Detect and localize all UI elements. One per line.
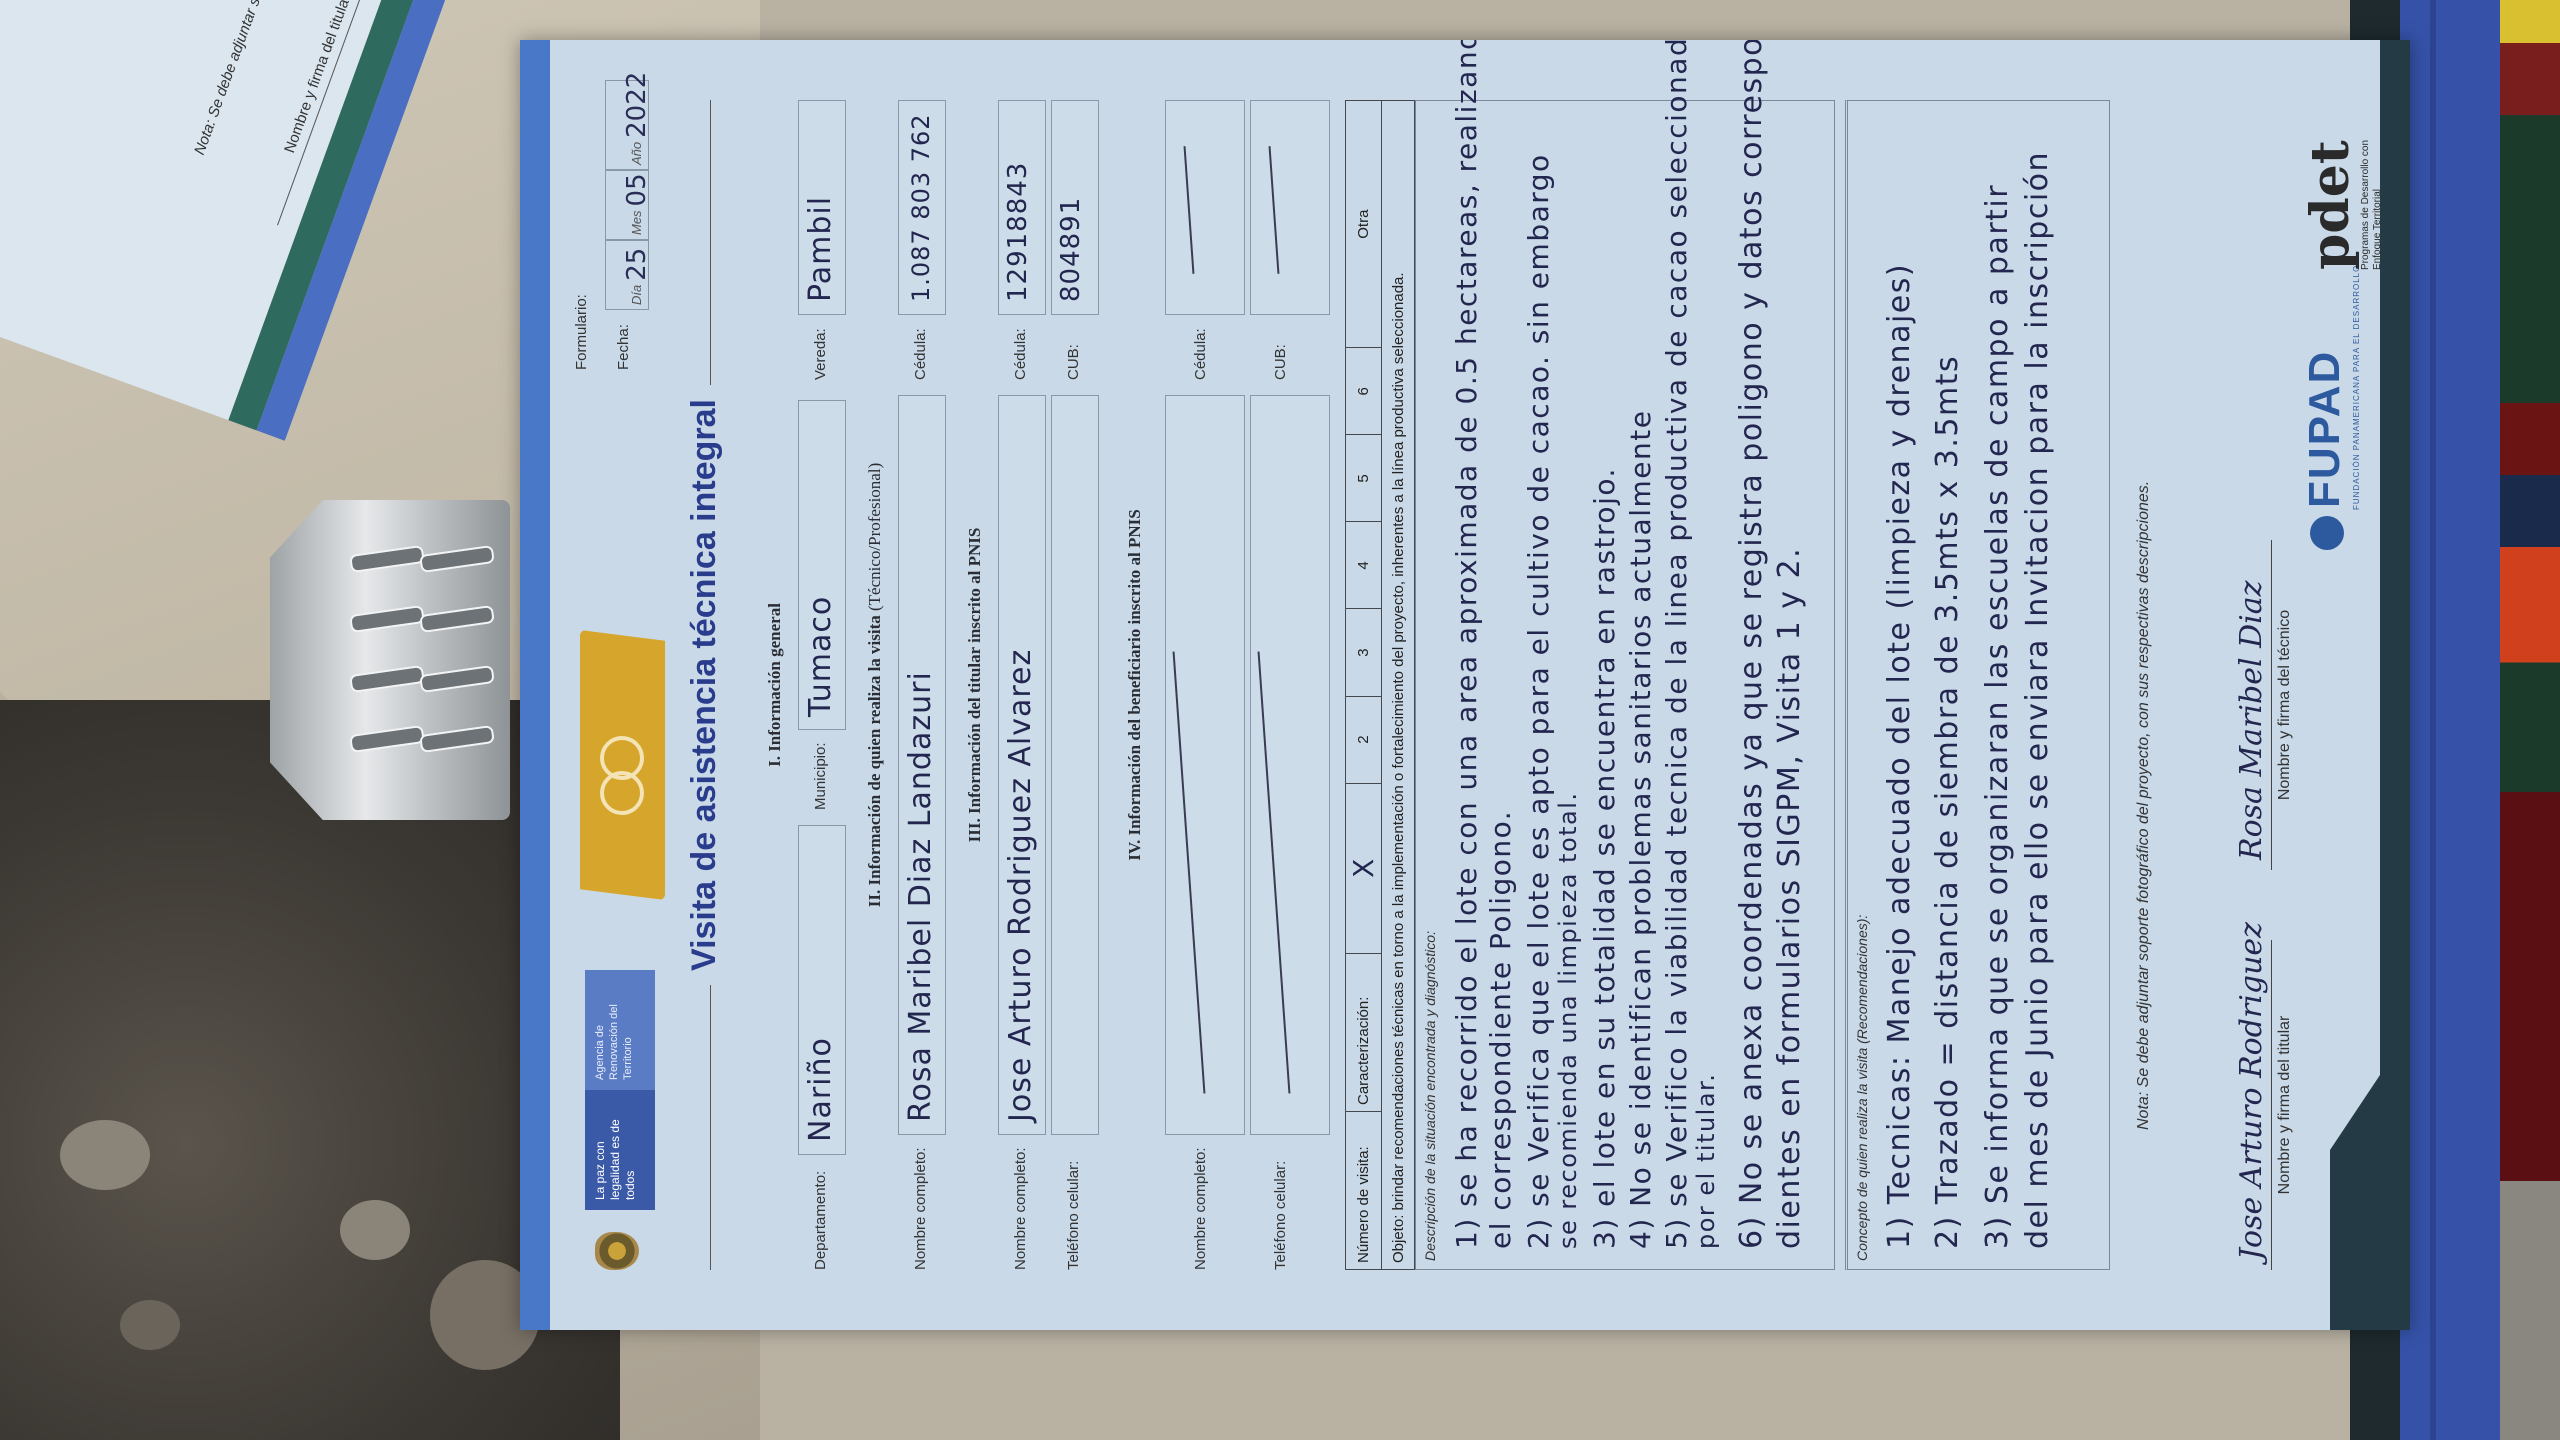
rock bbox=[60, 1120, 150, 1190]
beneficiario-cedula-field[interactable] bbox=[1165, 100, 1245, 315]
section-4-heading: IV. Información del beneficiario inscrit… bbox=[1125, 40, 1145, 1330]
titular-cedula-field[interactable]: 12918843 bbox=[998, 100, 1046, 315]
section-1-heading: I. Información general bbox=[765, 40, 785, 1330]
anio-value: 2022 bbox=[622, 72, 652, 138]
paz-legalidad-logo: La paz con legalidad es de todos bbox=[585, 1090, 655, 1210]
titular-signature: Jose Arturo Rodriguez bbox=[2234, 922, 2269, 1260]
descripcion-panel[interactable]: Descripción de la situación encontrada y… bbox=[1415, 100, 1835, 1270]
mes-value: 05 bbox=[622, 173, 652, 206]
tecnico-cedula-value: 1.087 803 762 bbox=[907, 113, 935, 302]
beneficiario-cub-field[interactable] bbox=[1250, 100, 1330, 315]
pdet-logo: pdet bbox=[2300, 140, 2361, 270]
titular-nombre-value: Jose Arturo Rodriguez Alvarez bbox=[1003, 649, 1038, 1122]
caracterizacion-label: Caracterización: bbox=[1346, 954, 1382, 1112]
pdet-subtitle: Programas de Desarrollo con Enfoque Terr… bbox=[2360, 120, 2384, 270]
beneficiario-telefono-label: Teléfono celular: bbox=[1272, 1161, 1289, 1270]
nota-text: Nota: Se debe adjuntar soporte fotográfi… bbox=[2135, 481, 2153, 1130]
objeto-text: Objeto: brindar recomendaciones técnicas… bbox=[1382, 101, 1415, 1270]
descripcion-line: 2) se Verifica que el lote es apto para … bbox=[1522, 153, 1555, 1249]
globe-icon bbox=[2310, 516, 2344, 550]
anio-field[interactable]: Año2022 bbox=[605, 80, 649, 170]
tecnico-cedula-field[interactable]: 1.087 803 762 bbox=[898, 100, 946, 315]
titular-cub-label: CUB: bbox=[1065, 344, 1082, 380]
dia-label: Día bbox=[629, 285, 644, 305]
caracterizacion-checkbox[interactable]: X bbox=[1346, 783, 1382, 953]
footer-dark-band bbox=[2380, 40, 2410, 1330]
clip-slot bbox=[419, 545, 495, 573]
formulario-label: Formulario: bbox=[573, 294, 590, 370]
agencia-renovacion-logo: Agencia de Renovación del Territorio bbox=[585, 970, 655, 1090]
tecnico-signature: Rosa Maribel Diaz bbox=[2234, 581, 2269, 860]
departamento-field[interactable]: Nariño bbox=[798, 825, 846, 1155]
visit-option-5[interactable]: 5 bbox=[1346, 435, 1382, 522]
concepto-line: 1) Tecnicas: Manejo adecuado del lote (l… bbox=[1882, 263, 1917, 1249]
concepto-line: 2) Trazado = distancia de siembra de 3.5… bbox=[1930, 355, 1965, 1249]
descripcion-line: 3) el lote en su totalidad se encuentra … bbox=[1588, 467, 1621, 1249]
titular-cub-field[interactable]: 804891 bbox=[1051, 100, 1099, 315]
titular-signature-caption: Nombre y firma del titular bbox=[2276, 940, 2294, 1270]
nota-text: Nota: Se debe adjuntar soporte fo… bbox=[191, 0, 289, 157]
vereda-value: Pambil bbox=[803, 196, 838, 302]
visit-option-4[interactable]: 4 bbox=[1346, 522, 1382, 609]
clip-slot bbox=[349, 545, 425, 573]
beneficiario-nombre-label: Nombre completo: bbox=[1192, 1147, 1209, 1270]
titular-nombre-label: Nombre completo: bbox=[1012, 1147, 1029, 1270]
visit-option-3[interactable]: 3 bbox=[1346, 609, 1382, 696]
form-title-text: Visita de asistencia técnica integral bbox=[685, 385, 723, 985]
titular-nombre-field[interactable]: Jose Arturo Rodriguez Alvarez bbox=[998, 395, 1046, 1135]
visit-option-otra[interactable]: Otra bbox=[1346, 101, 1382, 348]
descripcion-line: 4) No se identifican problemas sanitario… bbox=[1624, 410, 1657, 1249]
municipio-label: Municipio: bbox=[812, 742, 829, 810]
visit-option-2[interactable]: 2 bbox=[1346, 696, 1382, 783]
fupad-text: FUPAD bbox=[2300, 350, 2349, 508]
titular-telefono-label: Teléfono celular: bbox=[1065, 1161, 1082, 1270]
tecnico-nombre-value: Rosa Maribel Diaz Landazuri bbox=[903, 671, 938, 1122]
beneficiario-cedula-label: Cédula: bbox=[1192, 328, 1209, 380]
tecnico-signature-line[interactable]: Rosa Maribel Diaz bbox=[2225, 540, 2272, 870]
form-sheet: La paz con legalidad es de todos Agencia… bbox=[520, 40, 2410, 1330]
titular-cedula-label: Cédula: bbox=[1012, 328, 1029, 380]
titular-signature-line[interactable]: Jose Arturo Rodriguez bbox=[2225, 940, 2272, 1270]
clip-slot bbox=[419, 665, 495, 693]
numero-visita-label: Número de visita: bbox=[1346, 1112, 1382, 1270]
concepto-panel[interactable]: Concepto de quien realiza la visita (Rec… bbox=[1845, 100, 2110, 1270]
section-2-subtitle: (Técnico/Profesional) bbox=[865, 463, 884, 611]
descripcion-line: el correspondiente Poligono. bbox=[1484, 810, 1517, 1249]
section-2-heading: II. Información de quien realiza la visi… bbox=[865, 40, 885, 1330]
rock bbox=[120, 1300, 180, 1350]
concepto-line: del mes de Junio para ello se enviara In… bbox=[2020, 151, 2055, 1249]
territory-badge-logo bbox=[580, 630, 665, 900]
clip-slot bbox=[349, 605, 425, 633]
vereda-field[interactable]: Pambil bbox=[798, 100, 846, 315]
concepto-label: Concepto de quien realiza la visita (Rec… bbox=[1854, 915, 1870, 1261]
strike-through-mark bbox=[1258, 652, 1291, 1094]
departamento-label: Departamento: bbox=[812, 1171, 829, 1270]
form-top-band bbox=[520, 40, 550, 1330]
spiral-icon bbox=[600, 736, 644, 780]
municipio-field[interactable]: Tumaco bbox=[798, 400, 846, 730]
descripcion-line: 6) No se anexa coordenadas ya que se reg… bbox=[1734, 40, 1769, 1249]
beneficiario-cub-label: CUB: bbox=[1272, 344, 1289, 380]
rock bbox=[340, 1200, 410, 1260]
descripcion-line: 5) se Verifico la viabilidad tecnica de … bbox=[1660, 40, 1693, 1249]
beneficiario-nombre-field[interactable] bbox=[1165, 395, 1245, 1135]
titular-cedula-value: 12918843 bbox=[1003, 162, 1033, 302]
strike-through-mark bbox=[1184, 146, 1195, 274]
form-header: La paz con legalidad es de todos Agencia… bbox=[565, 90, 685, 1270]
coat-of-arms-icon bbox=[595, 1232, 639, 1270]
dia-value: 25 bbox=[622, 248, 652, 281]
woven-fabric bbox=[2500, 0, 2560, 1440]
vereda-label: Vereda: bbox=[812, 328, 829, 380]
fecha-label: Fecha: bbox=[615, 324, 632, 370]
titular-cub-value: 804891 bbox=[1056, 197, 1086, 302]
beneficiario-telefono-field[interactable] bbox=[1250, 395, 1330, 1135]
dia-field[interactable]: Día25 bbox=[605, 240, 649, 310]
clipboard-clip bbox=[270, 500, 510, 820]
clip-slot bbox=[349, 665, 425, 693]
form-title: Visita de asistencia técnica integral bbox=[685, 40, 724, 1330]
visit-number-table: Número de visita: Caracterización: X 2 3… bbox=[1345, 100, 1415, 1270]
clipboard-edge bbox=[2400, 0, 2510, 1440]
section-2-title: II. Información de quien realiza la visi… bbox=[865, 615, 884, 907]
form-footer: FUPAD FUNDACIÓN PANAMERICANA PARA EL DES… bbox=[2300, 40, 2410, 1330]
descripcion-line: por el titular. bbox=[1692, 1073, 1720, 1249]
descripcion-line: se recomienda una limpieza total. bbox=[1554, 791, 1582, 1249]
mes-field[interactable]: Mes05 bbox=[605, 170, 649, 240]
tecnico-nombre-label: Nombre completo: bbox=[912, 1147, 929, 1270]
descripcion-line: 1) se ha recorrido el lote con una area … bbox=[1450, 40, 1483, 1249]
section-3-heading: III. Información del titular inscrito al… bbox=[965, 40, 985, 1330]
mes-label: Mes bbox=[629, 210, 644, 235]
strike-through-mark bbox=[1173, 652, 1206, 1094]
visita-form: La paz con legalidad es de todos Agencia… bbox=[520, 40, 2410, 1330]
concepto-line: 3) Se informa que se organizaran las esc… bbox=[1980, 184, 2015, 1249]
departamento-value: Nariño bbox=[803, 1037, 838, 1142]
descripcion-line: dientes en formularios SIGPM, Visita 1 y… bbox=[1772, 547, 1807, 1249]
clip-slot bbox=[419, 725, 495, 753]
clip-slot bbox=[349, 725, 425, 753]
municipio-value: Tumaco bbox=[803, 596, 838, 717]
strike-through-mark bbox=[1269, 146, 1280, 274]
descripcion-label: Descripción de la situación encontrada y… bbox=[1422, 931, 1438, 1261]
anio-label: Año bbox=[629, 142, 644, 165]
visit-option-6[interactable]: 6 bbox=[1346, 348, 1382, 435]
clip-slot bbox=[419, 605, 495, 633]
tecnico-nombre-field[interactable]: Rosa Maribel Diaz Landazuri bbox=[898, 395, 946, 1135]
fupad-subtitle: FUNDACIÓN PANAMERICANA PARA EL DESARROLL… bbox=[2352, 265, 2361, 510]
tecnico-cedula-label: Cédula: bbox=[912, 328, 929, 380]
tecnico-signature-caption: Nombre y firma del técnico bbox=[2276, 540, 2294, 870]
fupad-logo: FUPAD bbox=[2300, 350, 2350, 550]
titular-telefono-field[interactable] bbox=[1051, 395, 1099, 1135]
